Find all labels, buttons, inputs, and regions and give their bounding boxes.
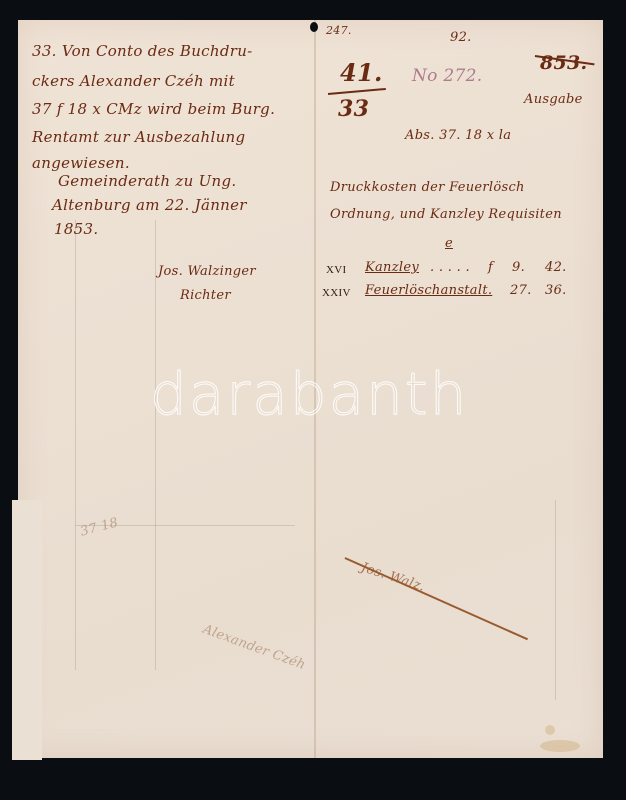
signature-title: Richter <box>180 288 231 303</box>
paper-stain <box>545 725 555 735</box>
top-number-center: 92. <box>450 30 472 45</box>
stamp-number: No 272. <box>412 66 482 86</box>
punch-hole <box>310 22 318 32</box>
ledger-rule <box>155 220 156 670</box>
place-line: Gemeinderath zu Ung. <box>58 172 236 190</box>
item-roman: XXIV <box>322 287 351 299</box>
fraction-numerator: 41. <box>340 58 383 87</box>
item-currency: f <box>488 260 493 275</box>
date-line: Altenburg am 22. Jänner <box>52 196 247 214</box>
entry-line: 37 f 18 x CMz wird beim Burg. <box>32 100 275 118</box>
item-label: Feuerlöschanstalt. <box>365 283 492 298</box>
marker-e: e <box>445 236 453 251</box>
paper-stain <box>540 740 580 752</box>
item-leader: . . . . . <box>430 260 470 275</box>
fraction-denominator: 33 <box>338 96 369 122</box>
entry-line: Rentamt zur Ausbezahlung <box>32 128 245 146</box>
category-label: Ausgabe <box>524 92 583 107</box>
entry-line: ckers Alexander Czéh mit <box>32 72 235 90</box>
year-line: 1853. <box>54 220 98 238</box>
description-line: Ordnung, und Kanzley Requisiten <box>330 207 562 222</box>
ledger-rule <box>75 220 76 670</box>
top-number-left: 247. <box>326 24 352 37</box>
item-roman: XVI <box>326 264 346 276</box>
description-line: Druckkosten der Feuerlösch <box>330 180 525 195</box>
signature-name: Jos. Walzinger <box>158 264 256 279</box>
entry-line: 33. Von Conto des Buchdru- <box>32 42 253 60</box>
paper-torn-flap <box>12 500 42 760</box>
item-florins: 9. <box>512 260 525 275</box>
entry-line: angewiesen. <box>32 154 130 172</box>
item-label: Kanzley <box>365 260 419 275</box>
ledger-rule <box>555 500 556 700</box>
item-kreuzer: 42. <box>545 260 567 275</box>
watermark: darabanth <box>150 360 468 428</box>
item-florins: 27. <box>510 283 532 298</box>
rubric-line: Abs. 37. 18 x la <box>405 128 511 143</box>
item-kreuzer: 36. <box>545 283 567 298</box>
